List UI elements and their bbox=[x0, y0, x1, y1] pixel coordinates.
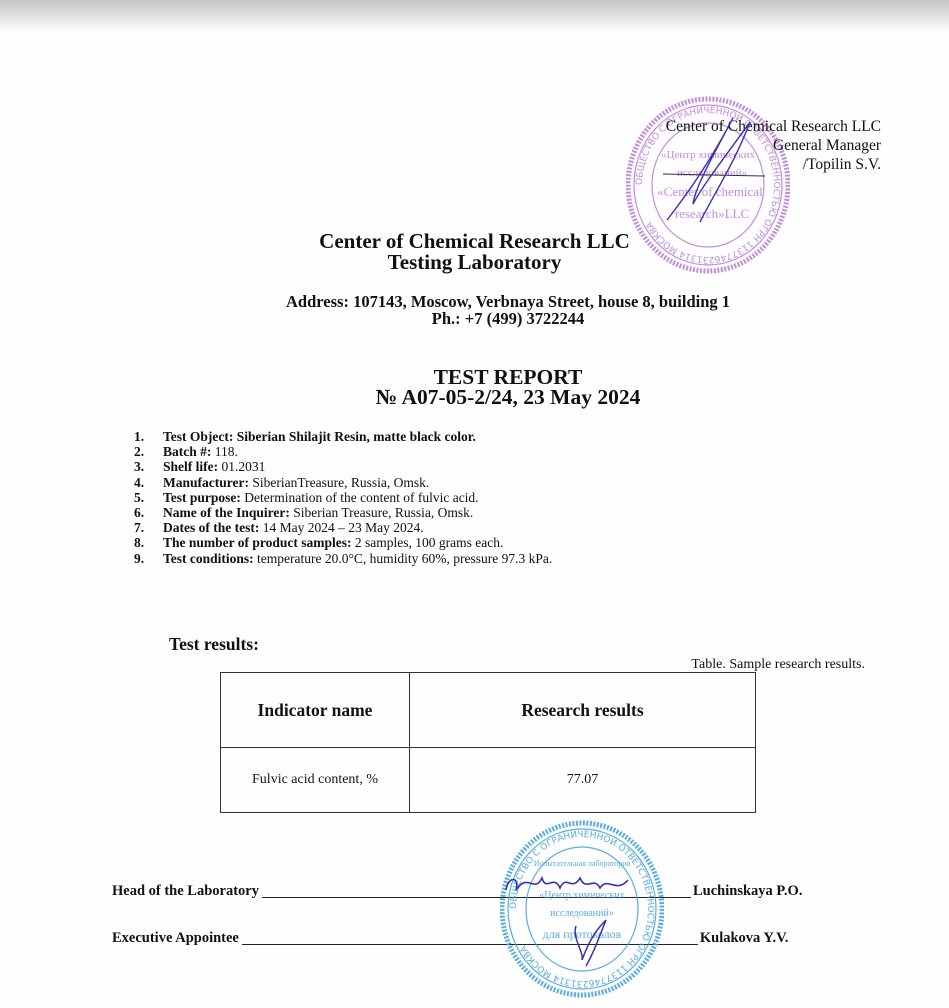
list-item: 8.The number of product samples: 2 sampl… bbox=[134, 535, 552, 550]
organization-name: Center of Chemical Research LLC bbox=[0, 231, 949, 252]
report-title: TEST REPORT bbox=[0, 367, 949, 387]
table-caption: Table. Sample research results. bbox=[691, 657, 865, 673]
address-line: Address: 107143, Moscow, Verbnaya Street… bbox=[0, 293, 949, 310]
list-item: 2.Batch #: 118. bbox=[134, 444, 552, 459]
list-item: 3.Shelf life: 01.2031 bbox=[134, 459, 552, 474]
address-block: Address: 107143, Moscow, Verbnaya Street… bbox=[0, 293, 949, 327]
svg-text:исследований»: исследований» bbox=[550, 908, 614, 919]
signature-role: Head of the Laboratory bbox=[112, 883, 259, 900]
svg-text:для протоколов: для протоколов bbox=[543, 927, 622, 941]
organization-unit: Testing Laboratory bbox=[0, 252, 949, 273]
svg-text:Испытательная лаборатория: Испытательная лаборатория bbox=[534, 859, 631, 868]
list-item: 5.Test purpose: Determination of the con… bbox=[134, 490, 552, 505]
approval-name: /Topilin S.V. bbox=[666, 155, 881, 174]
results-heading: Test results: bbox=[169, 634, 259, 655]
report-title-block: TEST REPORT № A07-05-2/24, 23 May 2024 bbox=[0, 367, 949, 407]
list-item: 9.Test conditions: temperature 20.0°C, h… bbox=[134, 551, 552, 566]
svg-text:«Center of chemical: «Center of chemical bbox=[657, 184, 763, 199]
signature-row-executive: Executive Appointee Kulakova Y.V. bbox=[112, 930, 788, 947]
list-item: 6.Name of the Inquirer: Siberian Treasur… bbox=[134, 505, 552, 520]
result-value-cell: 77.07 bbox=[410, 748, 756, 813]
column-header-results: Research results bbox=[410, 673, 756, 748]
list-item: 7.Dates of the test: 14 May 2024 – 23 Ma… bbox=[134, 520, 552, 535]
report-details-list: 1.Test Object: Siberian Shilajit Resin, … bbox=[134, 429, 552, 566]
approval-position: General Manager bbox=[666, 136, 881, 155]
signature-name: Kulakova Y.V. bbox=[700, 930, 789, 947]
table-row: Fulvic acid content, % 77.07 bbox=[221, 748, 756, 813]
table-header-row: Indicator name Research results bbox=[221, 673, 756, 748]
list-item: 1.Test Object: Siberian Shilajit Resin, … bbox=[134, 429, 552, 444]
svg-text:«Центр химических: «Центр химических bbox=[539, 890, 624, 901]
viewer-top-shadow bbox=[0, 0, 949, 32]
organization-header: Center of Chemical Research LLC Testing … bbox=[0, 231, 949, 273]
phone-line: Ph.: +7 (499) 3722244 bbox=[0, 310, 949, 327]
results-table: Indicator name Research results Fulvic a… bbox=[220, 672, 756, 813]
list-item: 4.Manufacturer: SiberianTreasure, Russia… bbox=[134, 475, 552, 490]
signature-role: Executive Appointee bbox=[112, 930, 239, 947]
laboratory-stamp-icon: ОБЩЕСТВО С ОГРАНИЧЕННОЙ ОТВЕТСТВЕННОСТЬЮ… bbox=[500, 820, 664, 998]
indicator-cell: Fulvic acid content, % bbox=[221, 748, 410, 813]
signature-row-head-of-lab: Head of the Laboratory Luchinskaya P.O. bbox=[112, 883, 802, 900]
signature-name: Luchinskaya P.O. bbox=[693, 883, 802, 900]
approval-block: Center of Chemical Research LLC General … bbox=[666, 117, 881, 174]
report-number: № A07-05-2/24, 23 May 2024 bbox=[0, 387, 949, 407]
svg-text:research»LLC: research»LLC bbox=[675, 206, 749, 221]
approval-company: Center of Chemical Research LLC bbox=[666, 117, 881, 136]
column-header-indicator: Indicator name bbox=[221, 673, 410, 748]
